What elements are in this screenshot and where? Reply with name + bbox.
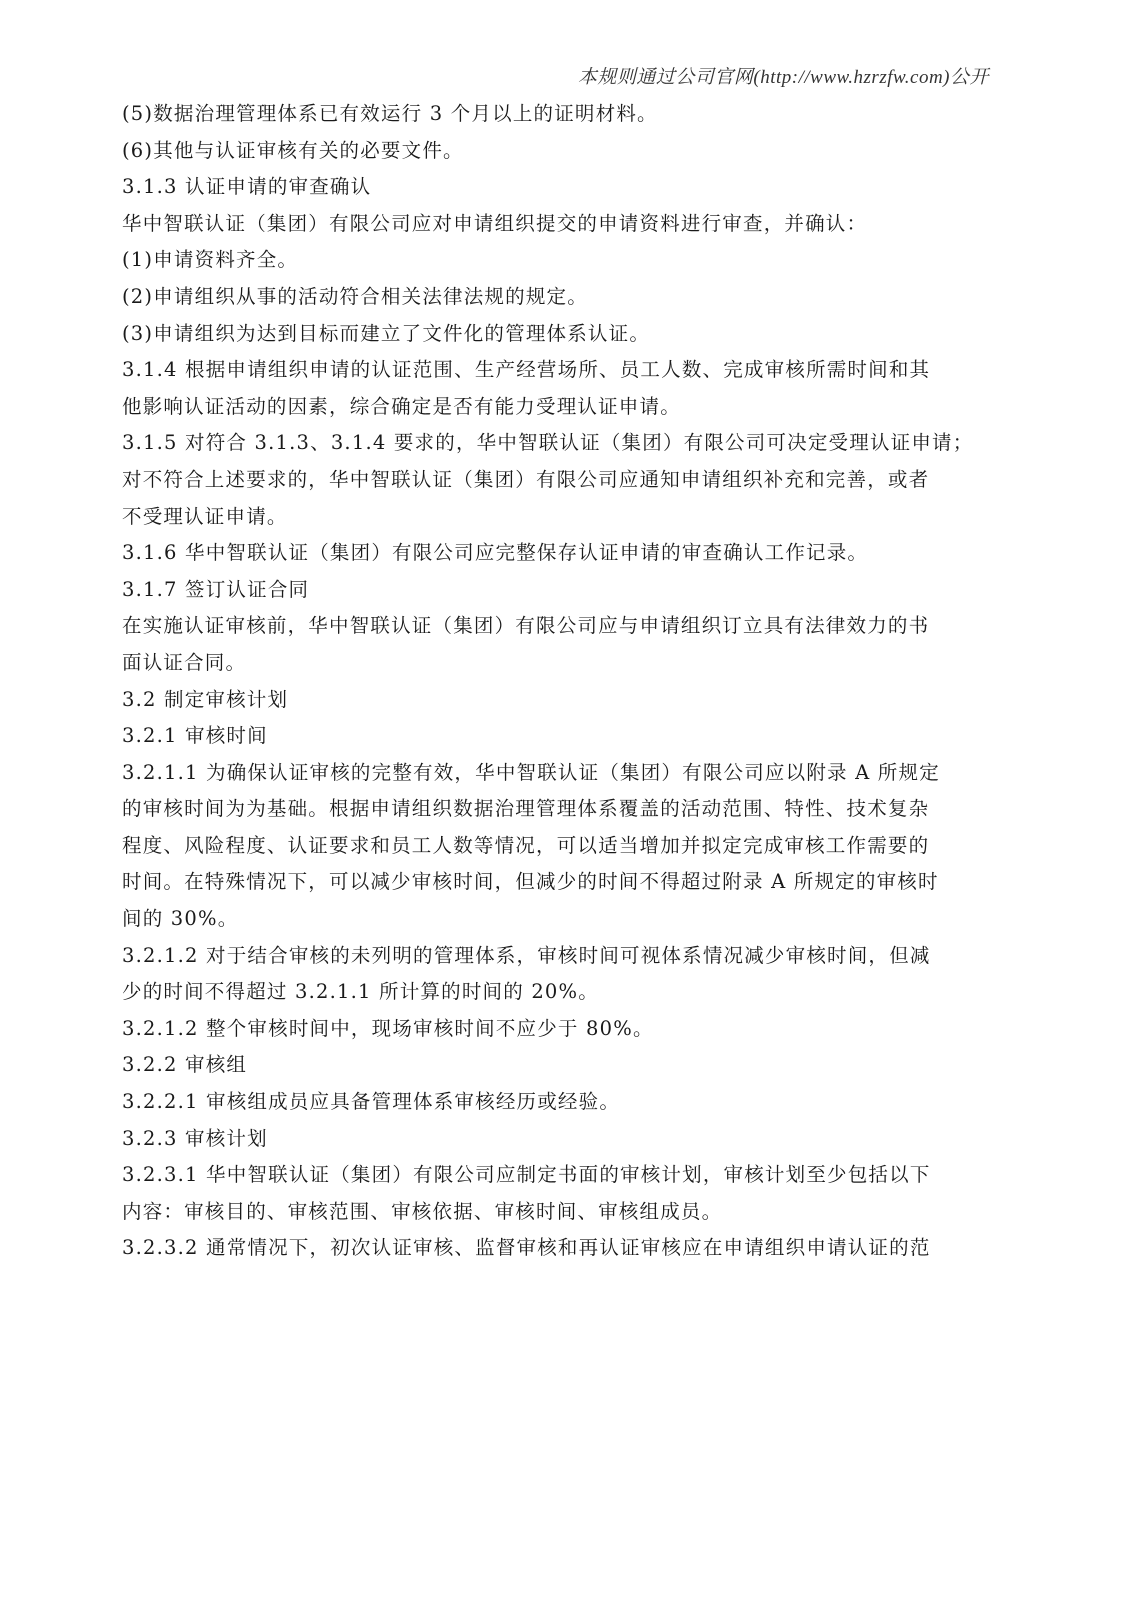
- list-item-5: (5)数据治理管理体系已有效运行 3 个月以上的证明材料。: [122, 96, 990, 133]
- section-heading-3-2-2: 3.2.2 审核组: [122, 1047, 990, 1084]
- clause-3-2-2-1: 3.2.2.1 审核组成员应具备管理体系审核经历或经验。: [122, 1084, 990, 1121]
- clause-3-2-3-1: 3.2.3.1 华中智联认证（集团）有限公司应制定书面的审核计划，审核计划至少包…: [122, 1157, 990, 1194]
- section-heading-3-2-1: 3.2.1 审核时间: [122, 718, 990, 755]
- paragraph-line: 他影响认证活动的因素，综合确定是否有能力受理认证申请。: [122, 389, 990, 426]
- clause-3-1-4: 3.1.4 根据申请组织申请的认证范围、生产经营场所、员工人数、完成审核所需时间…: [122, 352, 990, 389]
- clause-3-1-5: 3.1.5 对符合 3.1.3、3.1.4 要求的，华中智联认证（集团）有限公司…: [122, 425, 990, 462]
- header-disclosure-note: 本规则通过公司官网(http://www.hzrzfw.com)公开: [578, 62, 989, 89]
- section-heading-3-2: 3.2 制定审核计划: [122, 682, 990, 719]
- paragraph-line: 对不符合上述要求的，华中智联认证（集团）有限公司应通知申请组织补充和完善，或者: [122, 462, 990, 499]
- paragraph-line: 程度、风险程度、认证要求和员工人数等情况，可以适当增加并拟定完成审核工作需要的: [122, 828, 990, 865]
- clause-3-2-1-2: 3.2.1.2 对于结合审核的未列明的管理体系，审核时间可视体系情况减少审核时间…: [122, 938, 990, 975]
- list-item-6: (6)其他与认证审核有关的必要文件。: [122, 133, 990, 170]
- clause-3-2-3-2: 3.2.3.2 通常情况下，初次认证审核、监督审核和再认证审核应在申请组织申请认…: [122, 1230, 990, 1267]
- section-heading-3-2-3: 3.2.3 审核计划: [122, 1121, 990, 1158]
- section-heading-3-1-3: 3.1.3 认证申请的审查确认: [122, 169, 990, 206]
- paragraph-line: 的审核时间为为基础。根据申请组织数据治理管理体系覆盖的活动范围、特性、技术复杂: [122, 791, 990, 828]
- paragraph-line: 少的时间不得超过 3.2.1.1 所计算的时间的 20%。: [122, 974, 990, 1011]
- paragraph-line: 时间。在特殊情况下，可以减少审核时间，但减少的时间不得超过附录 A 所规定的审核…: [122, 864, 990, 901]
- paragraph-line: 内容：审核目的、审核范围、审核依据、审核时间、审核组成员。: [122, 1194, 990, 1231]
- list-item-3: (3)申请组织为达到目标而建立了文件化的管理体系认证。: [122, 316, 990, 353]
- clause-3-2-1-1: 3.2.1.1 为确保认证审核的完整有效，华中智联认证（集团）有限公司应以附录 …: [122, 755, 990, 792]
- paragraph-line: 面认证合同。: [122, 645, 990, 682]
- list-item-1: (1)申请资料齐全。: [122, 242, 990, 279]
- paragraph-line: 间的 30%。: [122, 901, 990, 938]
- section-heading-3-1-7: 3.1.7 签订认证合同: [122, 572, 990, 609]
- paragraph-line: 华中智联认证（集团）有限公司应对申请组织提交的申请资料进行审查，并确认：: [122, 206, 990, 243]
- clause-3-2-1-2-onsite: 3.2.1.2 整个审核时间中，现场审核时间不应少于 80%。: [122, 1011, 990, 1048]
- list-item-2: (2)申请组织从事的活动符合相关法律法规的规定。: [122, 279, 990, 316]
- document-body: (5)数据治理管理体系已有效运行 3 个月以上的证明材料。 (6)其他与认证审核…: [122, 96, 990, 1267]
- clause-3-1-6: 3.1.6 华中智联认证（集团）有限公司应完整保存认证申请的审查确认工作记录。: [122, 535, 990, 572]
- paragraph-line: 在实施认证审核前，华中智联认证（集团）有限公司应与申请组织订立具有法律效力的书: [122, 608, 990, 645]
- paragraph-line: 不受理认证申请。: [122, 499, 990, 536]
